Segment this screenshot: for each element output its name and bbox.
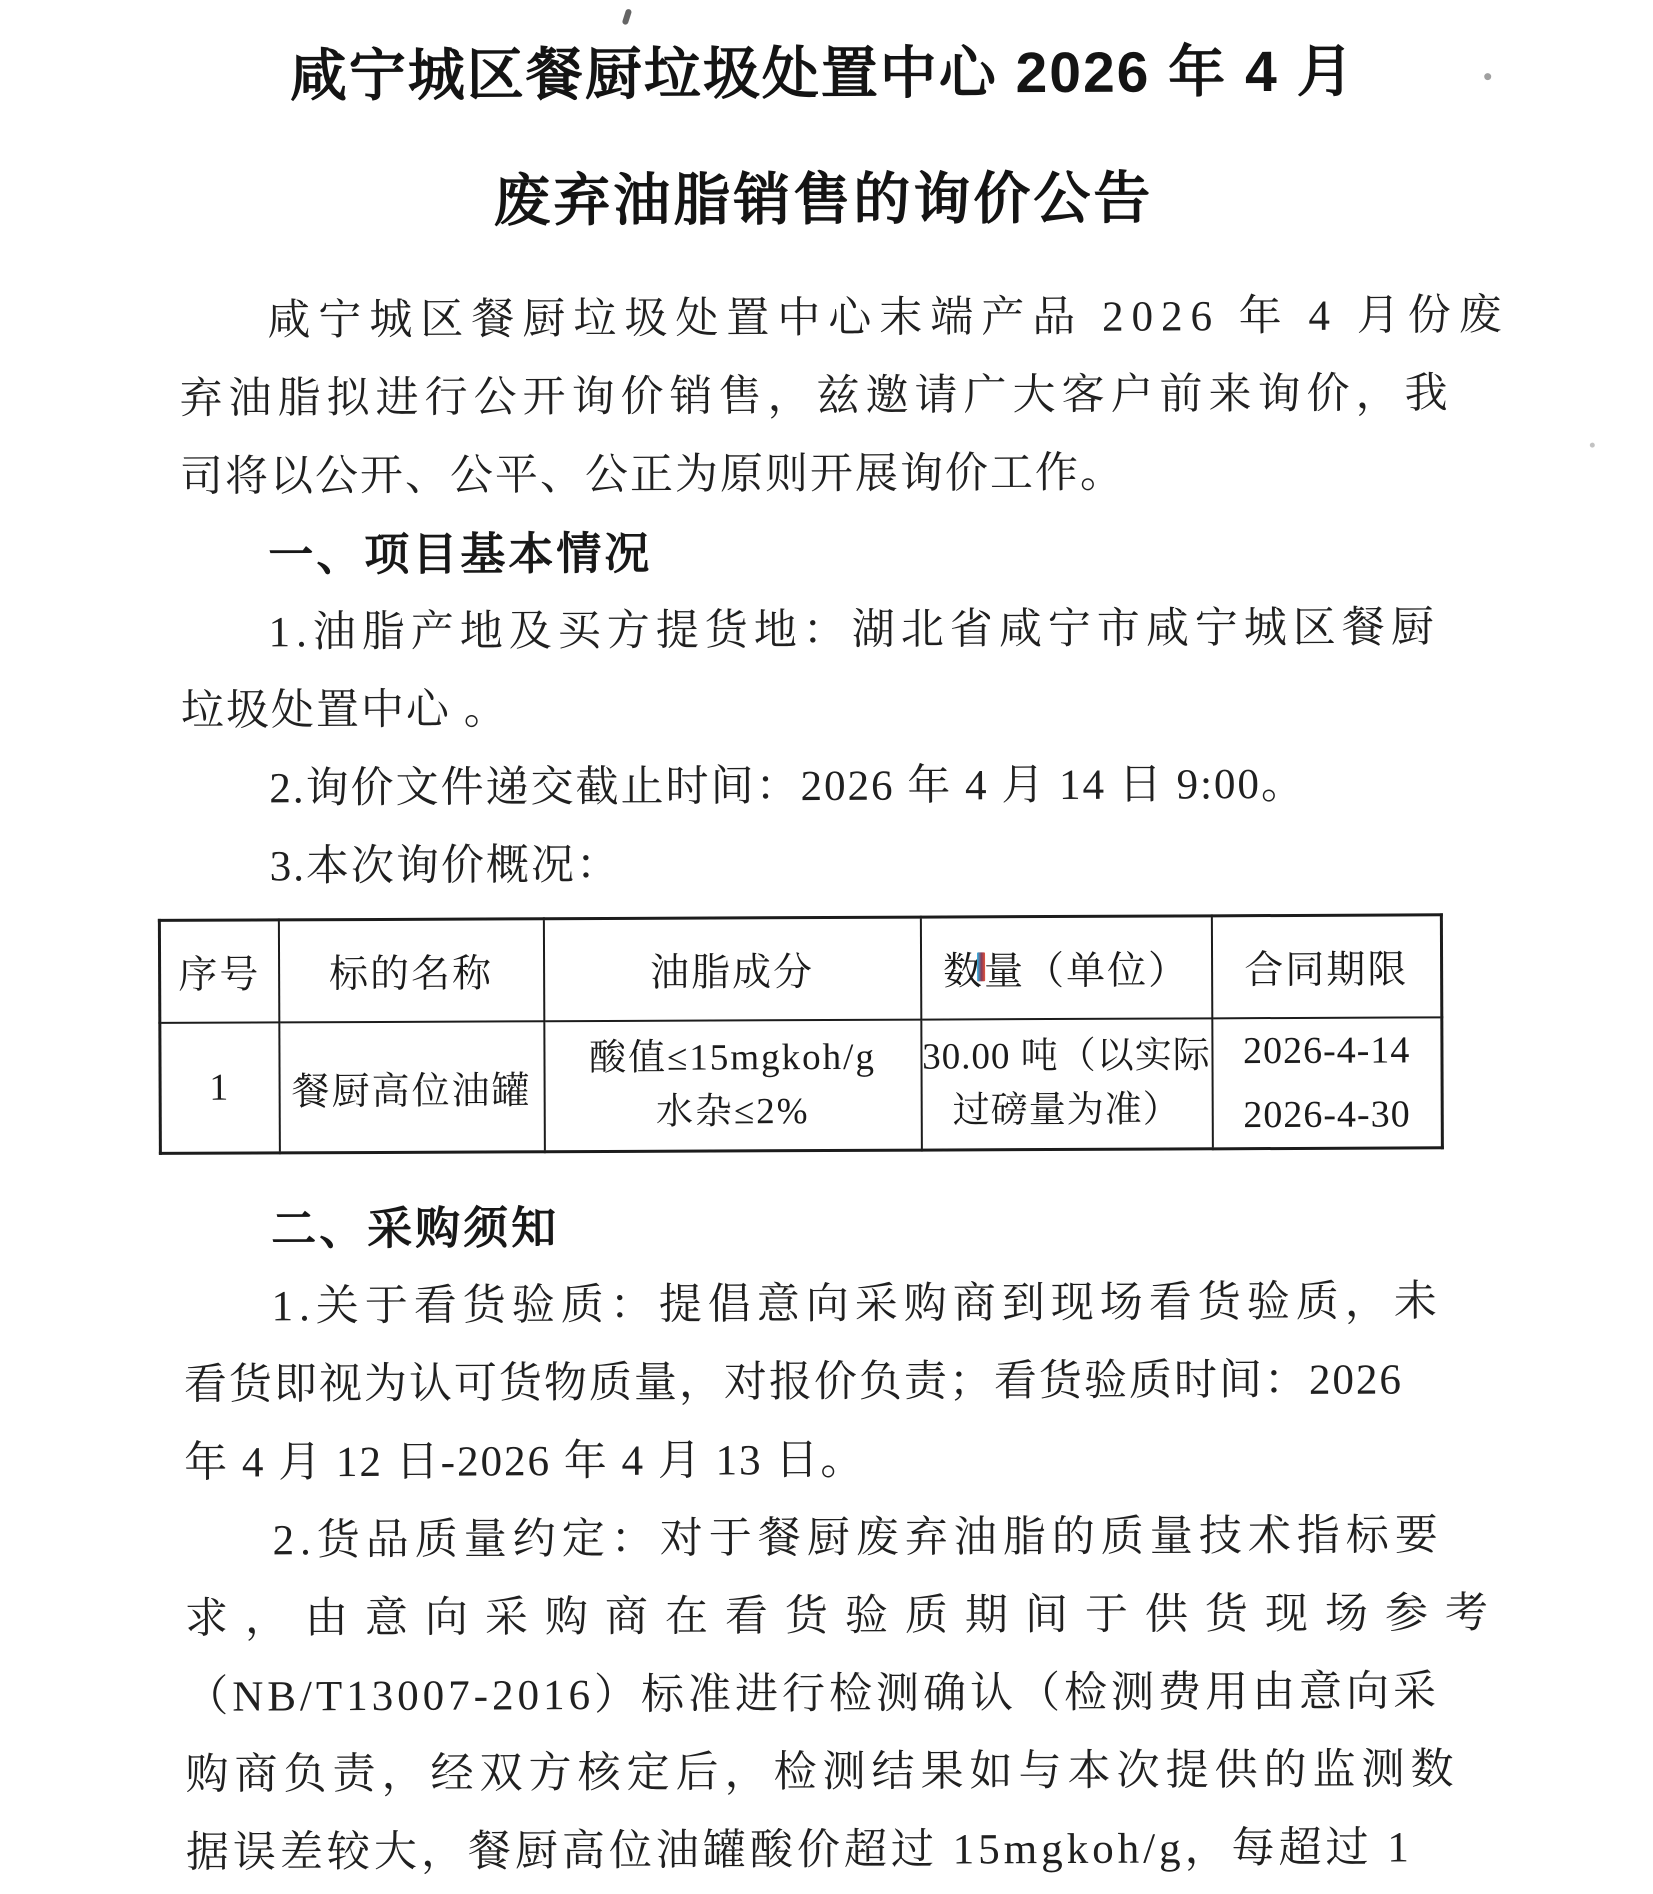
header-serial-number: 序号: [159, 920, 278, 1023]
section2-item2-line2: 求，由意向采购商在看货验质期间于供货现场参考: [185, 1575, 1468, 1659]
scan-speck-right: [1484, 73, 1491, 80]
intro-line-1: 咸宁城区餐厨垃圾处置中心末端产品 2026 年 4 月份废: [179, 277, 1462, 361]
section1-item1-line1: 1.油脂产地及买方提货地：湖北省咸宁市咸宁城区餐厨: [180, 589, 1463, 673]
header-quantity-unit: 数量（单位）: [920, 916, 1211, 1020]
cell-oil-composition: 酸值≤15mgkoh/g 水杂≤2%: [544, 1020, 922, 1152]
document-body: 咸宁城区餐厨垃圾处置中心末端产品 2026 年 4 月份废 弃油脂拟进行公开询价…: [179, 277, 1469, 1893]
scan-speck-mid: [1590, 443, 1595, 448]
header-oil-composition: 油脂成分: [543, 917, 920, 1021]
quantity-line-1: 30.00 吨（以实际: [922, 1029, 1211, 1084]
section2-item2-line3: （NB/T13007-2016）标准进行检测确认（检测费用由意向采: [185, 1653, 1468, 1737]
cell-quantity: 30.00 吨（以实际 过磅量为准）: [921, 1018, 1213, 1150]
section1-item1-line2: 垃圾处置中心 。: [181, 667, 1464, 751]
section2-item2-line5: 据误差较大，餐厨高位油罐酸价超过 15mgkoh/g，每超过 1: [186, 1809, 1469, 1893]
header-contract-period: 合同期限: [1211, 915, 1441, 1019]
period-start-date: 2026-4-14: [1243, 1018, 1411, 1083]
title-line-2: 废弃油脂销售的询价公告: [0, 160, 1650, 239]
cell-subject-name: 餐厨高位油罐: [279, 1021, 545, 1153]
composition-line-1: 酸值≤15mgkoh/g: [589, 1031, 876, 1086]
section1-item3: 3.本次询价概况：: [181, 823, 1464, 907]
title-line-1: 咸宁城区餐厨垃圾处置中心 2026 年 4 月: [0, 34, 1649, 113]
table-header-row: 序号 标的名称 油脂成分 数量（单位） 合同期限: [159, 915, 1441, 1023]
document-title: 咸宁城区餐厨垃圾处置中心 2026 年 4 月 废弃油脂销售的询价公告: [0, 0, 1650, 240]
cell-serial-number: 1: [160, 1022, 280, 1153]
section1-item2: 2.询价文件递交截止时间：2026 年 4 月 14 日 9:00。: [181, 745, 1464, 829]
period-end-date: 2026-4-30: [1243, 1082, 1411, 1147]
section2-item2-line4: 购商负责，经双方核定后，检测结果如与本次提供的监测数: [185, 1731, 1468, 1815]
section2-item1-line1: 1.关于看货验质：提倡意向采购商到现场看货验质，未: [183, 1263, 1466, 1347]
scan-color-cursor-artifact: [977, 952, 985, 981]
cell-contract-period: 2026-4-14 2026-4-30: [1212, 1017, 1443, 1149]
section2-item1-line2: 看货即视为认可货物质量，对报价负责；看货验质时间：2026: [184, 1341, 1467, 1425]
header-subject-name: 标的名称: [278, 919, 543, 1023]
inquiry-overview-table: 序号 标的名称 油脂成分 数量（单位） 合同期限 1 餐厨高位油罐 酸值≤15m…: [158, 913, 1444, 1155]
document-page: 咸宁城区餐厨垃圾处置中心 2026 年 4 月 废弃油脂销售的询价公告 咸宁城区…: [0, 0, 1653, 1894]
section2-item1-line3: 年 4 月 12 日-2026 年 4 月 13 日。: [184, 1419, 1467, 1503]
composition-line-2: 水杂≤2%: [656, 1085, 810, 1140]
section2-heading: 二、采购须知: [183, 1185, 1466, 1269]
intro-line-2: 弃油脂拟进行公开询价销售，兹邀请广大客户前来询价，我: [179, 355, 1462, 439]
quantity-line-2: 过磅量为准）: [953, 1083, 1181, 1138]
intro-line-3: 司将以公开、公平、公正为原则开展询价工作。: [180, 433, 1463, 517]
section2-item2-line1: 2.货品质量约定：对于餐厨废弃油脂的质量技术指标要: [184, 1497, 1467, 1581]
section1-heading: 一、项目基本情况: [180, 511, 1463, 595]
table-row: 1 餐厨高位油罐 酸值≤15mgkoh/g 水杂≤2% 30.00 吨（以实际 …: [160, 1017, 1443, 1153]
